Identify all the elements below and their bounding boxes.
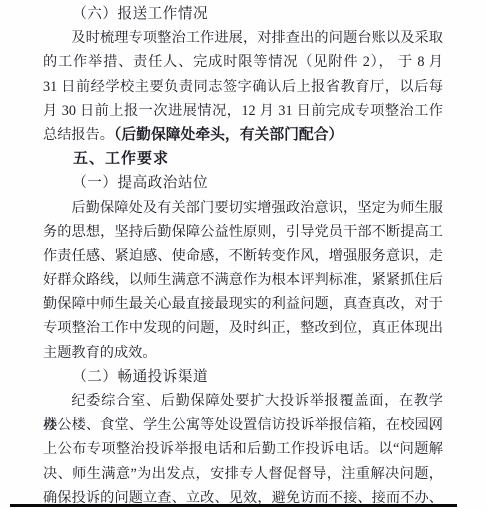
- text-run: （六）报送工作情况: [72, 6, 208, 22]
- section-heading: 五、工作要求: [43, 147, 443, 171]
- text-run: 五、工作要求: [73, 150, 169, 167]
- text-run: 总结报告。: [43, 127, 114, 143]
- text-line: 办公楼、食堂、学生公寓等处设置信访投诉举报信箱，在校园网: [43, 413, 443, 437]
- text-line: 总结报告。（后勤保障处牵头，有关部门配合）: [43, 123, 443, 147]
- text-run: 上公布专项整治投诉举报电话和后勤工作投诉电话。以“问题解: [43, 441, 443, 457]
- text-run: 决、师生满意”为出发点，安排专人督促督导，注重解决问题，: [43, 466, 443, 482]
- text-line: 勤保障中师生最关心最直接最现实的利益问题，真查真改，对于: [43, 292, 443, 316]
- sub-heading: （二）畅通投诉渠道: [43, 365, 443, 389]
- text-line: 主题教育的成效。: [43, 341, 443, 365]
- text-line: 好群众路线，以师生满意不满意作为根本评判标准，紧紧抓住后: [43, 268, 443, 292]
- text-line: 月 30 日前上报一次进展情况，12 月 31 日前完成专项整治工作: [43, 99, 443, 123]
- document-text-block: （六）报送工作情况及时梳理专项整治工作进展，对排查出的问题台账以及采取的工作举措…: [43, 2, 443, 510]
- text-line: 的工作举措、责任人、完成时限等情况（见附件 2）， 于 8 月: [43, 50, 443, 74]
- text-run: 办公楼、食堂、学生公寓等处设置信访投诉举报信箱，在校园网: [43, 417, 443, 433]
- text-run: 及时梳理专项整治工作进展，对排查出的问题台账以及采取: [71, 30, 443, 46]
- text-run: 好群众路线，以师生满意不满意作为根本评判标准，紧紧抓住后: [43, 272, 443, 288]
- page-bottom-border: [10, 504, 457, 507]
- text-line: 后勤保障处及有关部门要切实增强政治意识，坚定为师生服: [43, 196, 443, 220]
- text-run: （二）畅通投诉渠道: [72, 369, 208, 385]
- text-line: 作责任感、紧迫感、使命感，不断转变作风，增强服务意识，走: [43, 244, 443, 268]
- sub-heading: （一）提高政治站位: [43, 171, 443, 195]
- text-run: 务的思想，坚持后勤保障公益性原则，引导党员干部不断提高工: [43, 224, 443, 240]
- text-line: 纪委综合室、后勤保障处要扩大投诉举报覆盖面，在教学楼、: [43, 389, 443, 413]
- text-line: 专项整治工作中发现的问题，及时纠正，整改到位，真正体现出: [43, 316, 443, 340]
- text-run: 主题教育的成效。: [43, 345, 157, 361]
- text-run: 的工作举措、责任人、完成时限等情况（见附件 2）， 于 8 月: [43, 54, 443, 70]
- bold-text-run: （后勤保障处牵头，有关部门配合）: [114, 127, 343, 143]
- text-line: 及时梳理专项整治工作进展，对排查出的问题台账以及采取: [43, 26, 443, 50]
- text-run: 作责任感、紧迫感、使命感，不断转变作风，增强服务意识，走: [43, 248, 443, 264]
- text-run: 月 30 日前上报一次进展情况，12 月 31 日前完成专项整治工作: [43, 103, 443, 119]
- text-run: 31 日前经学校主要负责同志签字确认后上报省教育厅，以后每: [43, 79, 443, 95]
- text-run: （一）提高政治站位: [72, 175, 208, 191]
- sub-heading: （六）报送工作情况: [43, 2, 443, 26]
- document-page: （六）报送工作情况及时梳理专项整治工作进展，对排查出的问题台账以及采取的工作举措…: [0, 0, 486, 510]
- text-run: 勤保障中师生最关心最直接最现实的利益问题，真查真改，对于: [43, 296, 443, 312]
- text-line: 决、师生满意”为出发点，安排专人督促督导，注重解决问题，: [43, 462, 443, 486]
- text-run: 后勤保障处及有关部门要切实增强政治意识，坚定为师生服: [71, 200, 443, 216]
- text-line: 31 日前经学校主要负责同志签字确认后上报省教育厅，以后每: [43, 75, 443, 99]
- text-line: 上公布专项整治投诉举报电话和后勤工作投诉电话。以“问题解: [43, 437, 443, 461]
- text-line: 务的思想，坚持后勤保障公益性原则，引导党员干部不断提高工: [43, 220, 443, 244]
- text-run: 专项整治工作中发现的问题，及时纠正，整改到位，真正体现出: [43, 320, 443, 336]
